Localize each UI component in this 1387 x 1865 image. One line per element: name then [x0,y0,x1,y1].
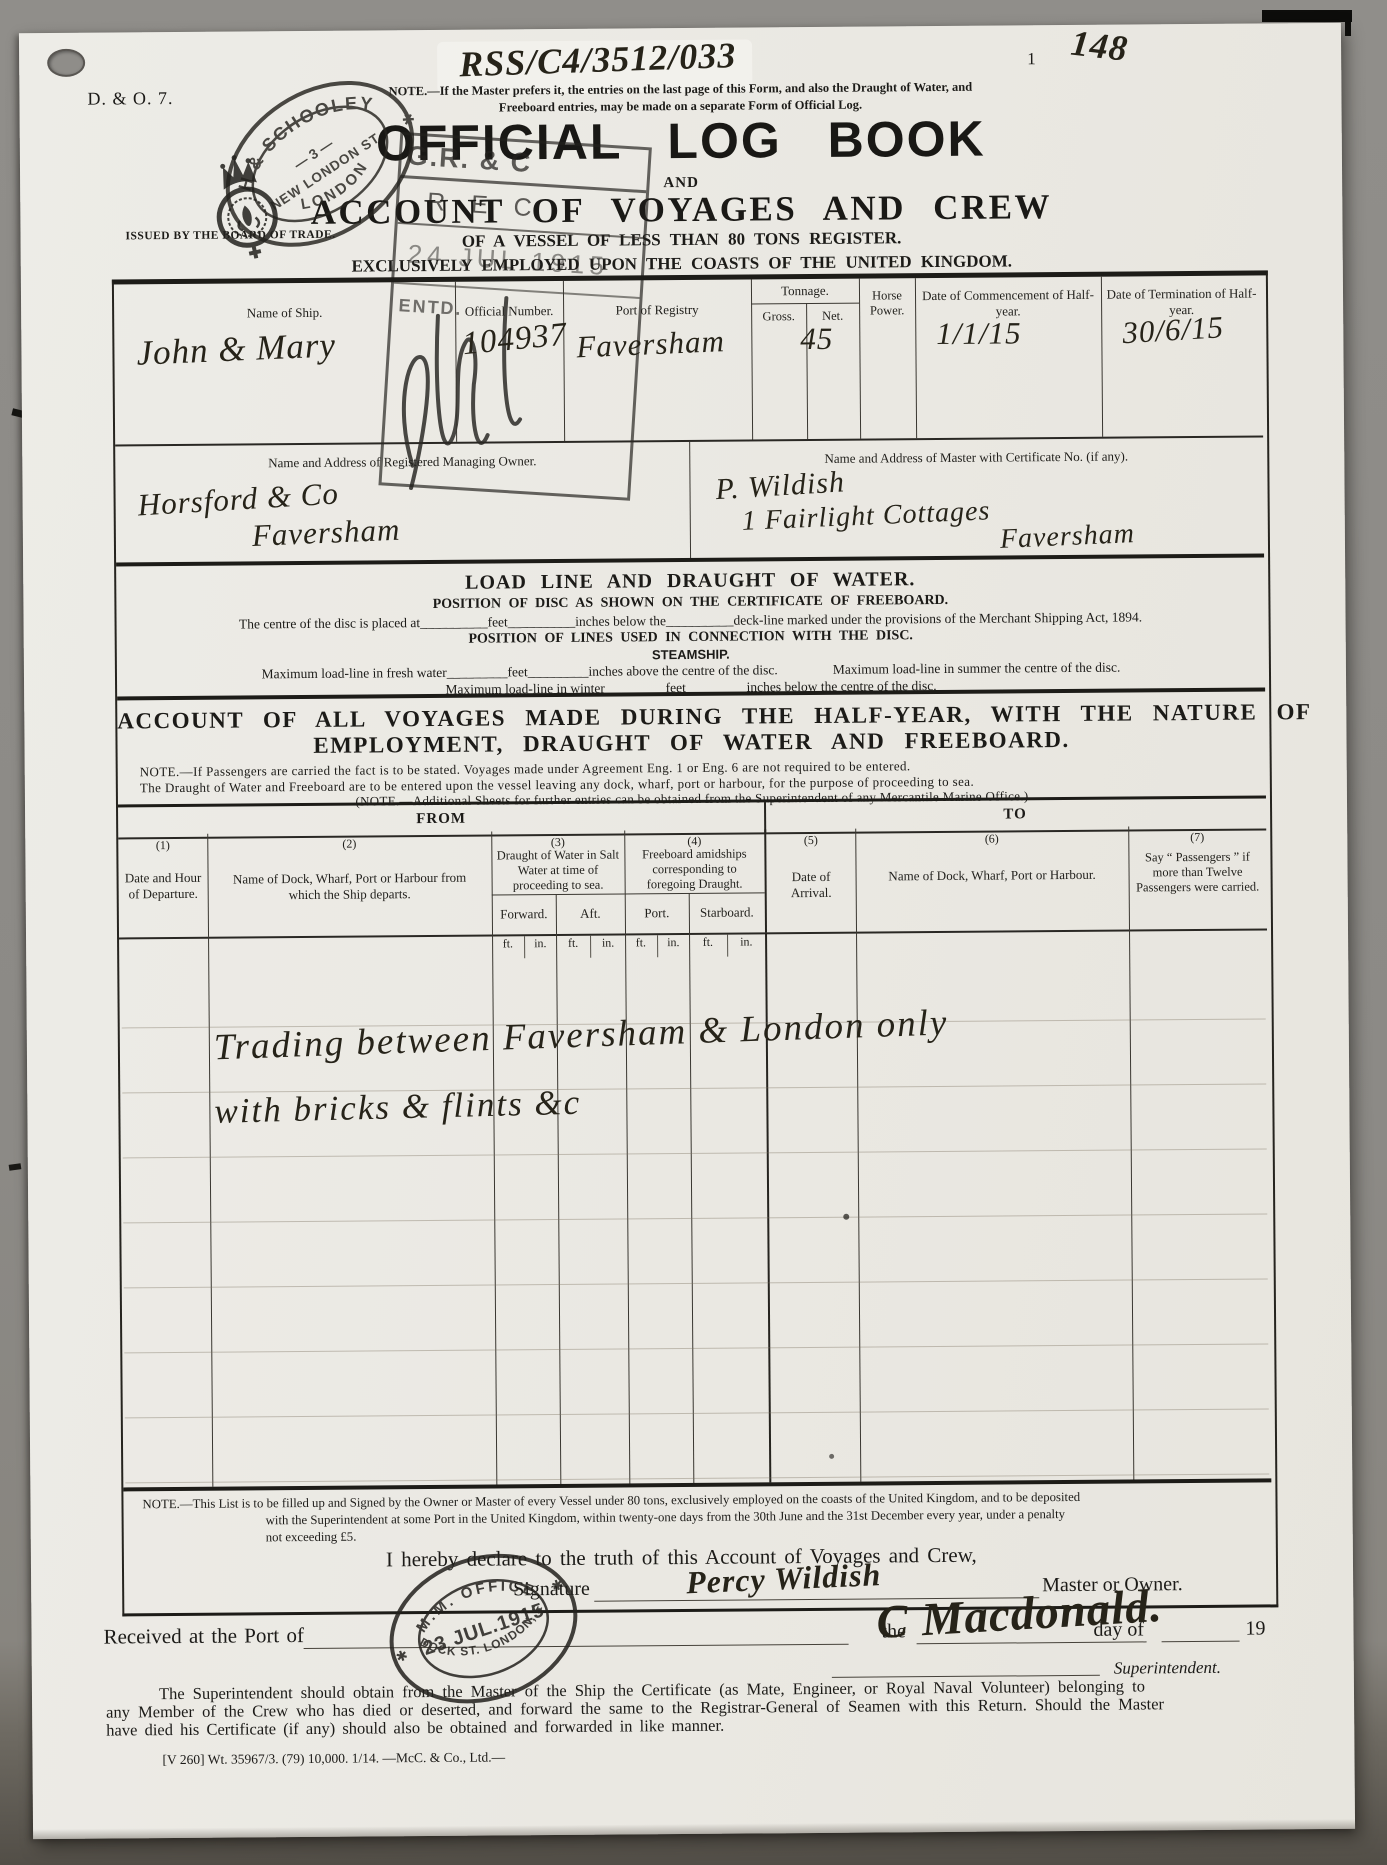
forward-ft-in: ft.in. [492,936,556,959]
ft-label: ft. [492,936,524,958]
owner-header: Name and Address of Registered Managing … [115,452,689,472]
page-number: 1 [1027,49,1036,69]
declaration-note-line3: not exceeding £5. [266,1530,357,1546]
in-label: in. [727,934,766,956]
master-address2-value: Faversham [999,518,1135,556]
paper-bottom-shade [33,1819,1355,1839]
from-label: FROM [118,808,764,830]
superintendent-label: Superintendent. [1114,1658,1221,1679]
col3-subdivider [492,893,625,895]
owner-master-section: Name and Address of Registered Managing … [115,435,1264,564]
port-label: Port. [625,905,689,921]
ink-speck [829,1454,834,1459]
col2-label: Name of Dock, Wharf, Port or Harbour fro… [228,870,472,903]
ink-speck [843,1214,849,1220]
col1-label: Date and Hour of Departure. [123,870,204,902]
commencement-value: 1/1/15 [936,315,1022,352]
printer-imprint: [V 260] Wt. 35967/3. (79) 10,000. 1/14. … [162,1749,505,1768]
ft-label: ft. [556,936,590,958]
ft-label: ft. [689,935,727,957]
page-corner-mark-stub [1345,10,1351,36]
year-label: 19 [1245,1617,1265,1640]
punch-hole [47,49,85,77]
voyage-entry-line2: with bricks & flints &c [214,1083,582,1132]
commencement-header: Date of Commencement of Half-year. [920,287,1096,320]
in-label: in. [524,936,557,958]
ship-details-table: Name of Ship. Official Number. Port of R… [114,275,1263,444]
col4-label: Freeboard amidships corresponding to for… [627,846,761,892]
aft-ft-in: ft.in. [556,935,625,958]
in-label: in. [657,935,690,957]
forward-label: Forward. [492,906,556,922]
ship-name-value: John & Mary [136,325,337,373]
ship-name-header: Name of Ship. [114,304,455,322]
col3-label: Draught of Water in Salt Water at time o… [494,848,621,894]
col1-number: (1) [118,838,207,853]
col4-subdivider [625,892,765,894]
master-signature: Percy Wildish [685,1556,882,1601]
starboard-label: Starboard. [689,904,765,920]
to-label: TO [764,804,1266,825]
col6-label: Name of Dock, Wharf, Port or Harbour. [876,867,1109,884]
document-page: RSS/C4/3512/033 1 148 D. & O. 7. NOTE.—I… [19,23,1355,1839]
col7-label: Say “ Passengers ” if more than Twelve P… [1132,849,1262,895]
port-of-registry-header: Port of Registry [563,301,751,318]
ft-label: ft. [625,935,657,957]
col6-number: (6) [855,831,1128,848]
load-line-section: LOAD LINE AND DRAUGHT OF WATER. POSITION… [116,553,1265,700]
voyages-heading-section: ACCOUNT OF ALL VOYAGES MADE DURING THE H… [117,687,1266,808]
master-name-value: P. Wildish [715,465,846,507]
owner-address-value: Faversham [251,512,401,554]
gross-header: Gross. [751,309,806,324]
port-of-registry-value: Faversham [576,323,726,365]
tonnage-divider [751,303,859,305]
aft-label: Aft. [556,905,625,921]
col7-number: (7) [1128,829,1266,844]
folio-number: 148 [1069,22,1130,70]
scan-edge-mark [9,1163,22,1171]
col5-number: (5) [766,833,855,848]
voyage-table-body: ft.in. ft.in. ft.in. ft.in. Trading betw… [119,928,1271,1487]
in-label: in. [590,935,625,957]
horse-power-header: Horse Power. [859,288,915,318]
voyage-entry-line1: Trading between Faversham & London only [213,1001,949,1069]
day-blank-line [1162,1641,1240,1643]
official-number-header: Official Number. [455,303,563,319]
page-corner-mark [1262,10,1352,22]
tonnage-header: Tonnage. [751,283,859,299]
voyage-column-headers: (1) Date and Hour of Departure. (2) Name… [118,825,1267,939]
net-tonnage-value: 45 [800,321,833,357]
received-at-port-label: Received at the Port of [103,1623,304,1650]
date-stamp-star-right: ✱ [549,1576,565,1595]
master-header: Name and Address of Master with Certific… [689,447,1263,467]
log-book-form: Name of Ship. Official Number. Port of R… [112,270,1278,1616]
termination-value: 30/6/15 [1121,309,1225,351]
official-number-value: 104937 [461,316,569,363]
summer-line: Maximum load-line in summer the centre o… [833,660,1121,678]
col2-number: (2) [207,836,491,853]
col5-label: Date of Arrival. [771,869,852,901]
starboard-ft-in: ft.in. [689,934,765,957]
port-ft-in: ft.in. [625,935,689,958]
